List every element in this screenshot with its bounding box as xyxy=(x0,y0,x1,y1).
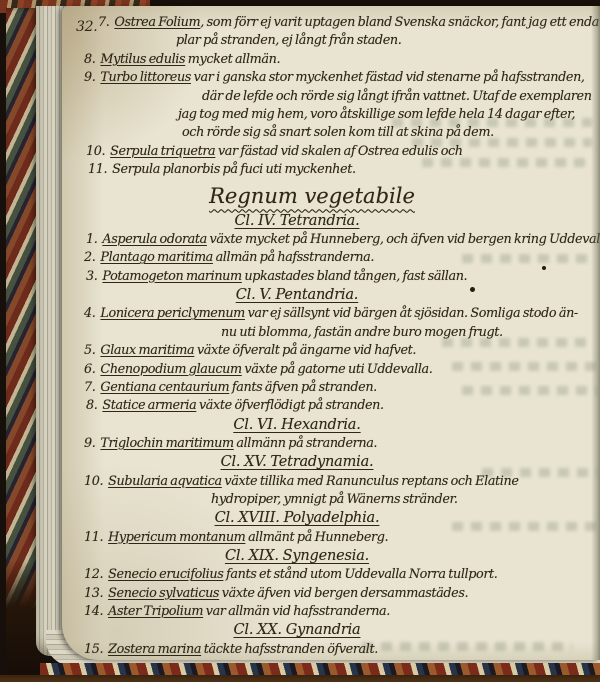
species-name: Statice armeria xyxy=(102,398,196,413)
species-entry: 4.Lonicera periclymenum var ej sällsynt … xyxy=(84,305,600,323)
entry-number: 7. xyxy=(98,15,109,30)
book-scan: 32. 7.Ostrea Folium, som förr ej varit u… xyxy=(0,0,600,682)
species-entry: 7.Ostrea Folium, som förr ej varit uptag… xyxy=(98,14,600,32)
kingdom-heading: Regnum vegetabile xyxy=(84,180,540,212)
entry-text: på fuci uti myckenhet. xyxy=(220,162,356,177)
class-heading-text: Cl. XV. Tetradynamia. xyxy=(221,454,374,470)
class-heading: Cl. VI. Hexandria. xyxy=(84,416,510,435)
species-name: Mytilus edulis xyxy=(100,52,185,67)
entry-number: 12. xyxy=(84,567,103,582)
species-entry: 3.Potamogeton marinum upkastades bland t… xyxy=(86,268,600,286)
entry-text: växte äfven vid bergen dersammastädes. xyxy=(219,586,468,601)
species-name: Glaux maritima xyxy=(100,343,194,358)
entry-number: 14. xyxy=(84,604,103,619)
species-entry: 12.Senecio erucifolius fants et stånd ut… xyxy=(84,566,600,584)
entry-text: mycket allmän. xyxy=(185,52,280,67)
page-right-edge-shadow xyxy=(591,6,600,660)
species-name: Chenopodium glaucum xyxy=(100,362,241,377)
class-heading: Cl. XVIII. Polyadelphia. xyxy=(84,509,510,528)
entry-number: 6. xyxy=(84,362,95,377)
species-name: Zostera marina xyxy=(108,642,201,657)
species-entry: 5.Glaux maritima växte öfveralt på ängar… xyxy=(84,342,600,360)
entry-number: 8. xyxy=(86,398,97,413)
species-name: Asperula odorata xyxy=(102,232,206,247)
entry-text: allmän på hafsstranderna. xyxy=(213,250,374,265)
entry-number: 10. xyxy=(84,474,103,489)
species-name: Subularia aqvatica xyxy=(108,474,222,489)
entry-number: 13. xyxy=(84,586,103,601)
entry-continuation: hydropiper, ymnigt på Wänerns stränder. xyxy=(211,491,600,509)
cover-shadow-left-bottom xyxy=(6,560,40,682)
entry-number: 9. xyxy=(84,436,95,451)
entry-continuation: plar på stranden, ej långt från staden. xyxy=(176,32,600,50)
marbled-cover-left-edge xyxy=(6,8,38,608)
manuscript-page: 32. 7.Ostrea Folium, som förr ej varit u… xyxy=(62,6,600,660)
species-name: Plantago maritima xyxy=(100,250,212,265)
species-name: Serpula triquetra xyxy=(110,144,215,159)
species-entry: 7.Gentiana centaurium fants äfven på str… xyxy=(84,379,600,397)
species-name: Turbo littoreus xyxy=(100,70,191,85)
class-heading-text: Cl. XIX. Syngenesia. xyxy=(225,548,369,564)
species-name: Serpula planorbis xyxy=(112,162,220,177)
class-heading: Cl. XIX. Syngenesia. xyxy=(84,547,510,566)
species-entry: 11.Hypericum montanum allmänt på Hunnebe… xyxy=(84,529,600,547)
entry-text: var fästad vid skalen af Ostrea edulis o… xyxy=(215,144,462,159)
entry-number: 4. xyxy=(84,306,95,321)
species-entry: 2.Plantago maritima allmän på hafsstrand… xyxy=(84,249,600,267)
species-name: Aster Tripolium xyxy=(108,604,203,619)
entry-number: 9. xyxy=(84,70,95,85)
species-name: Potamogeton marinum xyxy=(102,269,241,284)
entry-text: växte tillika med Ranunculus reptans och… xyxy=(222,474,519,489)
class-heading: Cl. XV. Tetradynamia. xyxy=(84,453,510,472)
species-name: Senecio sylvaticus xyxy=(108,586,219,601)
species-entry: 9.Turbo littoreus var i ganska stor myck… xyxy=(84,69,600,87)
entry-number: 11. xyxy=(84,530,103,545)
class-heading: Cl. IV. Tetrandria. xyxy=(84,212,510,231)
entry-text: växte öfveralt på ängarne vid hafvet. xyxy=(194,343,416,358)
class-heading-text: Cl. V. Pentandria. xyxy=(236,287,358,303)
species-entry: 6.Chenopodium glaucum växte på gatorne u… xyxy=(84,361,600,379)
entry-text: var i ganska stor myckenhet fästad vid s… xyxy=(191,70,585,85)
class-heading-text: Cl. IV. Tetrandria. xyxy=(234,213,359,229)
entry-number: 10. xyxy=(86,144,105,159)
species-name: Ostrea Folium xyxy=(114,15,200,30)
entry-text: fants äfven på stranden. xyxy=(229,380,377,395)
ink-spot xyxy=(470,287,475,292)
species-entry: 10.Subularia aqvatica växte tillika med … xyxy=(84,473,600,491)
class-heading: Cl. V. Pentandria. xyxy=(84,286,510,305)
species-entry: 15.Zostera marina täckte hafsstranden öf… xyxy=(84,641,600,659)
entry-number: 2. xyxy=(84,250,95,265)
species-entry: 8.Mytilus edulis mycket allmän. xyxy=(84,51,600,69)
entry-text: var allmän vid hafsstranderna. xyxy=(203,604,390,619)
entry-number: 7. xyxy=(84,380,95,395)
species-name: Senecio erucifolius xyxy=(108,567,223,582)
class-heading-text: Cl. VI. Hexandria. xyxy=(233,417,360,433)
species-entry: 11.Serpula planorbis på fuci uti myckenh… xyxy=(88,161,600,179)
ink-spot xyxy=(542,266,546,270)
manuscript-lines: 7.Ostrea Folium, som förr ej varit uptag… xyxy=(84,14,600,659)
species-name: Lonicera periclymenum xyxy=(100,306,244,321)
entry-text: , som förr ej varit uptagen bland Svensk… xyxy=(200,15,600,30)
kingdom-heading-text: Regnum vegetabile xyxy=(209,184,415,208)
entry-number: 5. xyxy=(84,343,95,358)
species-name: Gentiana centaurium xyxy=(100,380,229,395)
species-entry: 13.Senecio sylvaticus växte äfven vid be… xyxy=(84,585,600,603)
entry-continuation: och rörde sig så snart solen kom till at… xyxy=(182,124,600,142)
entry-continuation: nu uti blomma, fastän andre buro mogen f… xyxy=(221,324,600,342)
entry-text: allmänt på Hunneberg. xyxy=(245,530,388,545)
entry-number: 8. xyxy=(84,52,95,67)
entry-number: 15. xyxy=(84,642,103,657)
class-heading: Cl. XX. Gynandria xyxy=(84,621,510,640)
entry-text: fants et stånd utom Uddevalla Norra tull… xyxy=(223,567,497,582)
species-entry: 10.Serpula triquetra var fästad vid skal… xyxy=(86,143,600,161)
book-cover-bottom-edge xyxy=(0,675,600,682)
entry-text: växte öfverflödigt på stranden. xyxy=(196,398,383,413)
class-heading-text: Cl. XVIII. Polyadelphia. xyxy=(215,510,380,526)
species-name: Triglochin maritimum xyxy=(100,436,233,451)
species-name: Hypericum montanum xyxy=(108,530,245,545)
entry-text: upkastades bland tången, fast sällan. xyxy=(242,269,467,284)
entry-number: 3. xyxy=(86,269,97,284)
entry-text: täckte hafsstranden öfveralt. xyxy=(201,642,378,657)
entry-number: 11. xyxy=(88,162,107,177)
entry-continuation: där de lefde och rörde sig långt ifrån v… xyxy=(202,88,600,106)
species-entry: 1.Asperula odorata växte mycket på Hunne… xyxy=(86,231,600,249)
entry-continuation: jag tog med mig hem, voro åtskillige som… xyxy=(178,106,600,124)
species-entry: 9.Triglochin maritimum allmänn på strand… xyxy=(84,435,600,453)
entry-text: växte mycket på Hunneberg, och äfven vid… xyxy=(207,232,600,247)
entry-text: var ej sällsynt vid bärgen åt sjösidan. … xyxy=(245,306,578,321)
class-heading-text: Cl. XX. Gynandria xyxy=(233,622,360,638)
species-entry: 14.Aster Tripolium var allmän vid hafsst… xyxy=(84,603,600,621)
entry-number: 1. xyxy=(86,232,97,247)
entry-text: allmänn på stranderna. xyxy=(234,436,377,451)
species-entry: 8.Statice armeria växte öfverflödigt på … xyxy=(86,397,600,415)
entry-text: växte på gatorne uti Uddevalla. xyxy=(242,362,433,377)
